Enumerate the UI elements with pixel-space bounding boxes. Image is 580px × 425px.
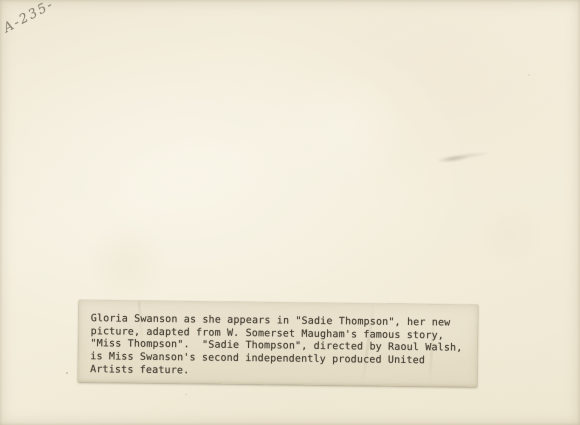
paper-speck: [185, 394, 187, 395]
handwritten-annotation: A-235-: [0, 0, 67, 41]
paper-speck: [528, 74, 530, 76]
smudge-mark: [437, 148, 488, 166]
caption-text: Gloria Swanson as she appears in "Sadie …: [90, 313, 471, 381]
photo-back: A-235- Gloria Swanson as she appears in …: [0, 0, 580, 425]
caption-strip: Gloria Swanson as she appears in "Sadie …: [78, 300, 478, 387]
paper-speck: [66, 372, 68, 374]
